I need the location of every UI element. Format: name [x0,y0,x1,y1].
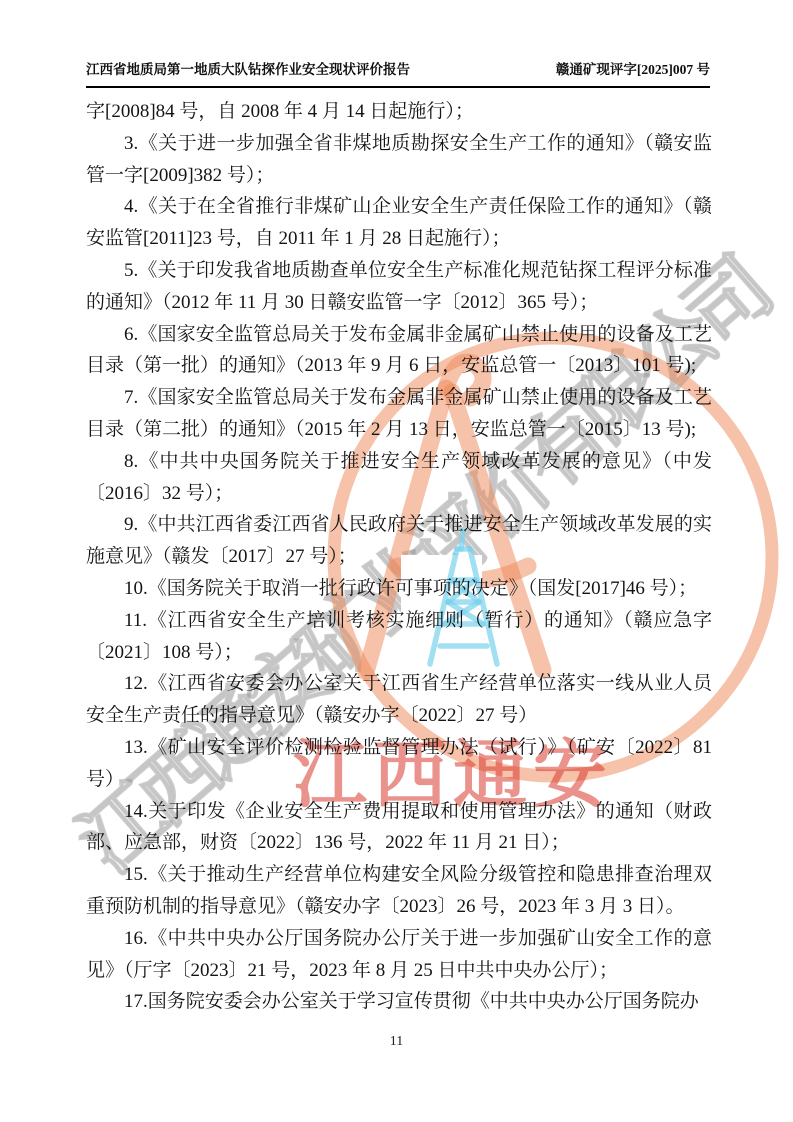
paragraph: 15.《关于推动生产经营单位构建安全风险分级管控和隐患排查治理双重预防机制的指导… [86,859,712,923]
paragraph: 14.关于印发《企业安全生产费用提取和使用管理办法》的通知（财政部、应急部，财资… [86,796,712,860]
paragraph: 10.《国务院关于取消一批行政许可事项的决定》（国发[2017]46 号）； [86,573,712,605]
paragraph: 字[2008]84 号，自 2008 年 4 月 14 日起施行）； [86,96,712,128]
paragraph: 12.《江西省安委会办公室关于江西省生产经营单位落实一线从业人员安全生产责任的指… [86,668,712,732]
paragraph: 17.国务院安委会办公室关于学习宣传贯彻《中共中央办公厅国务院办 [86,986,712,1018]
paragraph: 6.《国家安全监管总局关于发布金属非金属矿山禁止使用的设备及工艺目录（第一批）的… [86,319,712,383]
paragraph: 4.《关于在全省推行非煤矿山企业安全生产责任保险工作的通知》（赣安监管[2011… [86,191,712,255]
paragraph: 7.《国家安全监管总局关于发布金属非金属矿山禁止使用的设备及工艺目录（第二批）的… [86,382,712,446]
body-paragraphs: 字[2008]84 号，自 2008 年 4 月 14 日起施行）； 3.《关于… [86,96,712,1018]
paragraph: 16.《中共中央办公厅国务院办公厅关于进一步加强矿山安全工作的意见》（厅字〔20… [86,923,712,987]
document-page: 江西通安矿业评价有限公司 江西通安 江西省地质局第一地质大队钻 [0,0,793,1122]
header-divider [86,86,710,88]
report-title: 江西省地质局第一地质大队钻探作业安全现状评价报告 [86,58,410,78]
doc-number: 赣通矿现评字[2025]007 号 [556,58,710,78]
paragraph: 11.《江西省安全生产培训考核实施细则（暂行）的通知》（赣应急字〔2021〕10… [86,605,712,669]
paragraph: 3.《关于进一步加强全省非煤地质勘探安全生产工作的通知》（赣安监管一字[2009… [86,128,712,192]
page-number: 11 [0,1034,793,1050]
paragraph: 8.《中共中央国务院关于推进安全生产领域改革发展的意见》（中发〔2016〕32 … [86,446,712,510]
paragraph: 5.《关于印发我省地质勘查单位安全生产标准化规范钻探工程评分标准的通知》（201… [86,255,712,319]
paragraph: 9.《中共江西省委江西省人民政府关于推进安全生产领域改革发展的实施意见》（赣发〔… [86,509,712,573]
paragraph: 13.《矿山安全评价检测检验监督管理办法（试行）》（矿安〔2022〕81 号） [86,732,712,796]
page-header: 江西省地质局第一地质大队钻探作业安全现状评价报告 赣通矿现评字[2025]007… [86,58,710,78]
